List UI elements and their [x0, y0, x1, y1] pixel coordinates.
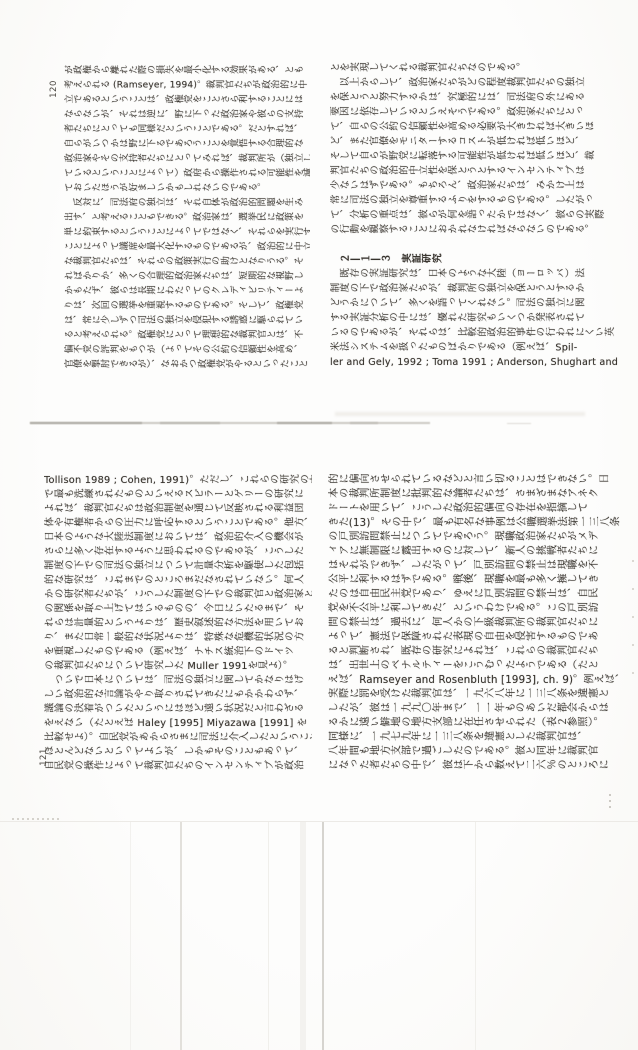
text-line: りは、次回の選挙を重視するものである。そして、政権党: [64, 299, 310, 314]
text-line: 的に偏向させられているなどと言い切ることはできない。日: [328, 474, 630, 488]
scan-artifact-margin-specks: [609, 794, 611, 812]
scan-artifact-showthrough-smudge: [335, 412, 585, 416]
page-120-upper-text-block: が政権から離れた際の損失を最小化する効果がある、とも考えられる (Ramseye…: [64, 64, 310, 374]
text-line: が政権から離れた際の損失を最小化する効果がある、とも: [64, 64, 310, 79]
text-line: 少ないはずである。もちろん、政治家たちは、みかけ上は: [330, 180, 628, 195]
text-line: ならないが、それは逆に、野に下った政治家や彼らの支持: [64, 108, 310, 123]
text-line: [330, 238, 628, 253]
text-line: えば、Ramseyer and Rosenbluth [1993], ch. 9…: [328, 674, 630, 688]
text-line: の戸別訪問禁止についてであろう。現職政治家たちがメデ: [328, 531, 630, 545]
text-line: 体や有権者からの圧力に呼応するということである。他方、: [44, 517, 312, 531]
text-line: 立であるということは、政権党をことさら利することには: [64, 93, 310, 108]
text-line: るかに遠い僻地の地方支部に在任させられた（表２参照）。: [328, 717, 630, 731]
text-line: きた(13)。その中で、最も有名な事例は公職選挙法第一三八条: [328, 517, 630, 531]
text-line: 制度の下での司法の独立について計量分析を駆使した包括: [44, 560, 312, 574]
text-line: はそれができず、したがって、戸別訪問の禁止は現職を不: [328, 560, 630, 574]
page-120-upper-text-flow: が政権から離れた際の損失を最小化する効果がある、とも考えられる (Ramseye…: [64, 64, 310, 374]
text-line: ると考えられる。政権党にとって理想的な裁判官とは、不: [64, 329, 310, 344]
text-line: 以上からして、政治家たちがどの程度裁判官たちの独立: [330, 77, 628, 92]
text-line: の行動を観察することにおかれなければならないのである。: [330, 224, 628, 239]
text-line: を重視したものである（例えば、ナチス統治下のドイツ: [44, 646, 312, 660]
text-line: いるのであるが、それらは、比較的政治的事件の行われにくい英: [330, 327, 628, 342]
page-120-lower-text-block: とを実現してくれる裁判官たちなのである。 以上からして、政治家たちがどの程度裁判…: [330, 62, 628, 372]
page-number-120: 120: [49, 77, 59, 101]
text-line: したが、彼は一九九〇年まで、一一年ものあいだ都会からは: [328, 703, 630, 717]
text-line: 八年間も地方支部で過ごしたのである。彼と同年に裁判官: [328, 746, 630, 760]
scan-artifact-vertical-streak: [180, 822, 182, 1050]
text-line: 党を不公平に利してきた、というわけである。この戸別訪: [328, 603, 630, 617]
text-line: 比較せよ）。自民党があからさまに司法に介入したということは: [44, 731, 312, 745]
text-line: かもたず、彼らは長期にわたってのクレディビリティーよ: [64, 285, 310, 300]
text-line: をえない（たとえば Haley [1995] Miyazawa [1991] を: [44, 717, 312, 731]
scanned-book-spread: 120 が政権から離れた際の損失を最小化する効果がある、とも考えられる (Ram…: [0, 0, 638, 1050]
text-line: 制度の下で政治家たちが、裁判所の独立を保とうとするか: [330, 283, 628, 298]
scan-artifact-page-edge-line: [30, 422, 430, 424]
text-line: ているということによって）政府から操作される可能性を減らし: [64, 167, 310, 182]
text-line: ついで日本については、司法の独立に関してかなりはげ: [44, 674, 312, 688]
scan-artifact-dotted-smudge: [12, 818, 60, 820]
text-line: ておいたほうが好ましいかもしれないのである。: [64, 182, 310, 197]
text-line: 日本のような大陸法制度においては、政治的介入の機会が: [44, 531, 312, 545]
text-line: な裁判官たちは、それらの政策実行の助けとなりうる。そ: [64, 255, 310, 270]
text-line: 要因に依存しているといえそうである。政治家たちにとっ: [330, 106, 628, 121]
text-line: り、また日常一般的な状況よりは、特殊な危機的状況の方: [44, 631, 312, 645]
scan-artifact-margin-specks: [632, 560, 634, 680]
text-line: 公平に利するはずである。戦後、現職を最も多く擁してき: [328, 574, 630, 588]
text-line: ればかりか、多くの合理的政治家たちは、短期的な視野し: [64, 270, 310, 285]
text-line: を保とうと努力するかは、究極的には、司法府の外にある: [330, 91, 628, 106]
text-line: よれば、裁判官たちは政治制度を通じて反映される利益団: [44, 503, 312, 517]
text-line: ると判断され、既存の研究によれば、これらの裁判官たち: [328, 646, 630, 660]
scan-artifact-edge-dark-segment: [30, 422, 142, 424]
page-121-upper-text-block: Tollison 1989 ; Cohen, 1991)。ただし、これらの研究の…: [44, 474, 312, 776]
text-line: になった者たちの中で、彼は下から数えて二六％のところに: [328, 760, 630, 774]
text-line: て、自らの公約の信頼性を高める必要が大きければ大きいほ: [330, 121, 628, 136]
text-line: 出す、と考えることもできる。政治家は、選挙民に政策を: [64, 211, 310, 226]
scan-artifact-vertical-streak: [322, 822, 324, 1050]
text-line: で最も洗練されたものといえるスピラーとゲリーの研究に: [44, 488, 312, 502]
page-121-lower-text-flow: 的に偏向させられているなどと言い切ることはできない。日本の裁判所制度に批判的な論…: [328, 474, 630, 774]
text-line: 官僚を掣肘できるが）、なおかつ政権党がやるといったこと: [64, 358, 310, 373]
text-line: 常に司法の独立を尊重するふりをするものである。したがっ: [330, 194, 628, 209]
text-line: の関係を取り上げてはいるものの、今日にいたるまで、そ: [44, 603, 312, 617]
text-line: しい政治的な言論がやり取りされてきたにもかかわらず、: [44, 688, 312, 702]
text-line: 議論の決着がついたというにはほど遠い状況だと言わざる: [44, 703, 312, 717]
text-line: 既存の実証研究は、日本のような大陸（ヨーロッパ）法: [330, 268, 628, 283]
text-line: 問の禁止は、過去に、何人かの下級裁判所の裁判官たちに: [328, 617, 630, 631]
text-line: Tollison 1989 ; Cohen, 1991)。ただし、これらの研究の…: [44, 474, 312, 488]
section-heading: ２―１―３ 実証研究: [330, 253, 628, 268]
scan-artifact-edge-segment: [160, 422, 220, 424]
text-line: 偏不党の評判をもつが（よってその公約の信頼性を高め、: [64, 343, 310, 358]
text-line: 者たちにとっても同様だということである。だとすれば、: [64, 123, 310, 138]
page-121-lower-text-block: 的に偏向させられているなどと言い切ることはできない。日本の裁判所制度に批判的な論…: [328, 474, 630, 774]
text-line: 自らがいつかは野に下るであろうことを覚悟する合理的な: [64, 138, 310, 153]
text-line: 米法システムを扱ったものばかりである（例えば、Spil-: [330, 341, 628, 356]
text-line: て、分析の重点は、彼らが何を語ったかではなく、彼らの実際: [330, 209, 628, 224]
page-121-upper-text-flow: Tollison 1989 ; Cohen, 1991)。ただし、これらの研究の…: [44, 474, 312, 776]
text-line: 単に約束するということによってではなく、それらを実行する: [64, 226, 310, 241]
scan-artifact-vertical-streak: [130, 822, 131, 1050]
text-line: する実証分析の中には、優れた研究もいくつか発表されて: [330, 312, 628, 327]
text-line: よって、憲法で保障された表現の自由を侵害するものであ: [328, 631, 630, 645]
text-line: どうかについて、多くを語ってくれない。司法の独立に関: [330, 297, 628, 312]
text-line: とを実現してくれる裁判官たちなのである。: [330, 62, 628, 77]
text-line: ィアに無制限に露出するのに対して、新人の挑戦者たちに: [328, 545, 630, 559]
scan-artifact-edge-dark-segment: [277, 422, 332, 424]
text-line: の裁判官たちについて研究した Muller 1991を見よ）。: [44, 660, 312, 674]
text-line: は、常に少しずつ司法の独立を侵犯する誘惑に駆られてい: [64, 314, 310, 329]
text-line: ほとんどないといってよいが、しかもそのこともあって、: [44, 746, 312, 760]
text-line: 的な研究は、これまでのところまだなされていない。何人: [44, 574, 312, 588]
text-line: 政治家やその支持者たちにとってみれば、裁判所が（独立し: [64, 152, 310, 167]
scan-artifact-underpage-edge: [0, 821, 638, 822]
text-line: 自民党の操作によって裁判官たちのインセンティブが政治: [44, 760, 312, 774]
text-line: 判官たちの政治的中立性を保とうとするインセンティブは: [330, 165, 628, 180]
scan-artifact-vertical-streak: [300, 822, 306, 1050]
text-line: 考えられる (Ramseyer, 1994)。裁判官たちが政治的に中: [64, 79, 310, 94]
text-line: 実際に罰を受けた裁判官は、一九六八年に一三八条を違憲と: [328, 688, 630, 702]
text-line: 同様に、一九七九年に一三八条を違憲とした裁判官は、: [328, 731, 630, 745]
text-line: かの研究者たちが、こうした制度の下での裁判官と政治家と: [44, 588, 312, 602]
page-120-lower-text-flow: とを実現してくれる裁判官たちなのである。 以上からして、政治家たちがどの程度裁判…: [330, 62, 628, 372]
scan-artifact-edge-segment: [350, 422, 378, 424]
text-line: さらに多く存在するように思われるのであるが、こうした: [44, 545, 312, 559]
text-line: ドートを用いて、こうした政治的偏向の存在を指摘して: [328, 503, 630, 517]
scan-artifact-vertical-streak: [268, 822, 269, 1050]
text-line: そして自らが野党に転落する可能性が低ければ低いほど、裁: [330, 150, 628, 165]
text-line: ler and Gely, 1992 ; Toma 1991 ; Anderso…: [330, 356, 628, 371]
text-line: は、出世上のペナルティーをこうむったようである（たと: [328, 660, 630, 674]
scan-artifact-vertical-streak: [475, 822, 476, 1050]
text-line: 反対に、司法府の独立は、それ自体が政治的問題を生み: [64, 196, 310, 211]
text-line: ことによって議席を最大化するものであるが、政治的に中立: [64, 240, 310, 255]
scan-artifact-edge-dash: [507, 423, 531, 424]
text-line: ど、また官僚をモニターするコストが低ければ低いほど、: [330, 136, 628, 151]
text-line: 本の裁判所制度に批判的な論者たちは、さまざまなアネク: [328, 488, 630, 502]
text-line: たのは自由民主党であり、ゆえに戸別訪問の禁止は、自民: [328, 588, 630, 602]
text-line: れらは計量的というよりは、歴史叙述的な方法を用いてお: [44, 617, 312, 631]
